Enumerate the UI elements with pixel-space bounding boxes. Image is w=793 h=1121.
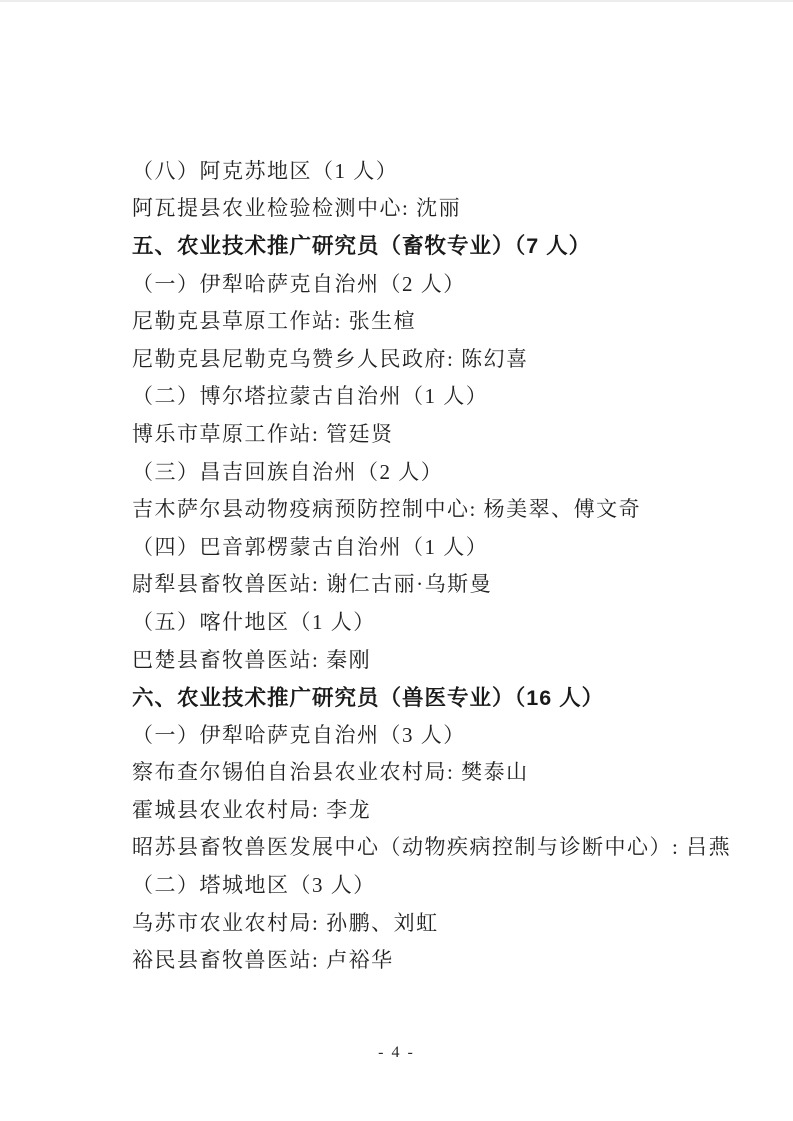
entry-line: 昭苏县畜牧兽医发展中心（动物疾病控制与诊断中心）: 吕燕: [132, 828, 733, 866]
subsection-heading: （五）喀什地区（1 人）: [132, 602, 733, 640]
entry-line: 霍城县农业农村局: 李龙: [132, 790, 733, 828]
entry-line: 乌苏市农业农村局: 孙鹏、刘虹: [132, 903, 733, 941]
section-heading: 六、农业技术推广研究员（兽医专业）（16 人）: [132, 677, 733, 715]
subsection-heading: （二）塔城地区（3 人）: [132, 865, 733, 903]
entry-line: 阿瓦提县农业检验检测中心: 沈丽: [132, 189, 733, 227]
subsection-heading: （一）伊犁哈萨克自治州（3 人）: [132, 715, 733, 753]
entry-line: 尼勒克县尼勒克乌赞乡人民政府: 陈幻喜: [132, 339, 733, 377]
subsection-heading: （四）巴音郭楞蒙古自治州（1 人）: [132, 527, 733, 565]
subsection-heading: （三）昌吉回族自治州（2 人）: [132, 452, 733, 490]
entry-line: 察布查尔锡伯自治县农业农村局: 樊泰山: [132, 753, 733, 791]
entry-line: 裕民县畜牧兽医站: 卢裕华: [132, 940, 733, 978]
subsection-heading: （八）阿克苏地区（1 人）: [132, 151, 733, 189]
subsection-heading: （二）博尔塔拉蒙古自治州（1 人）: [132, 377, 733, 415]
document-page: （八）阿克苏地区（1 人） 阿瓦提县农业检验检测中心: 沈丽 五、农业技术推广研…: [0, 0, 793, 1121]
entry-line: 巴楚县畜牧兽医站: 秦刚: [132, 640, 733, 678]
document-body: （八）阿克苏地区（1 人） 阿瓦提县农业检验检测中心: 沈丽 五、农业技术推广研…: [132, 151, 733, 978]
entry-line: 吉木萨尔县动物疫病预防控制中心: 杨美翠、傅文奇: [132, 489, 733, 527]
entry-line: 尼勒克县草原工作站: 张生楦: [132, 301, 733, 339]
section-heading: 五、农业技术推广研究员（畜牧专业）（7 人）: [132, 226, 733, 264]
page-number: - 4 -: [0, 1044, 793, 1062]
entry-line: 博乐市草原工作站: 管廷贤: [132, 414, 733, 452]
entry-line: 尉犁县畜牧兽医站: 谢仁古丽·乌斯曼: [132, 565, 733, 603]
subsection-heading: （一）伊犁哈萨克自治州（2 人）: [132, 264, 733, 302]
